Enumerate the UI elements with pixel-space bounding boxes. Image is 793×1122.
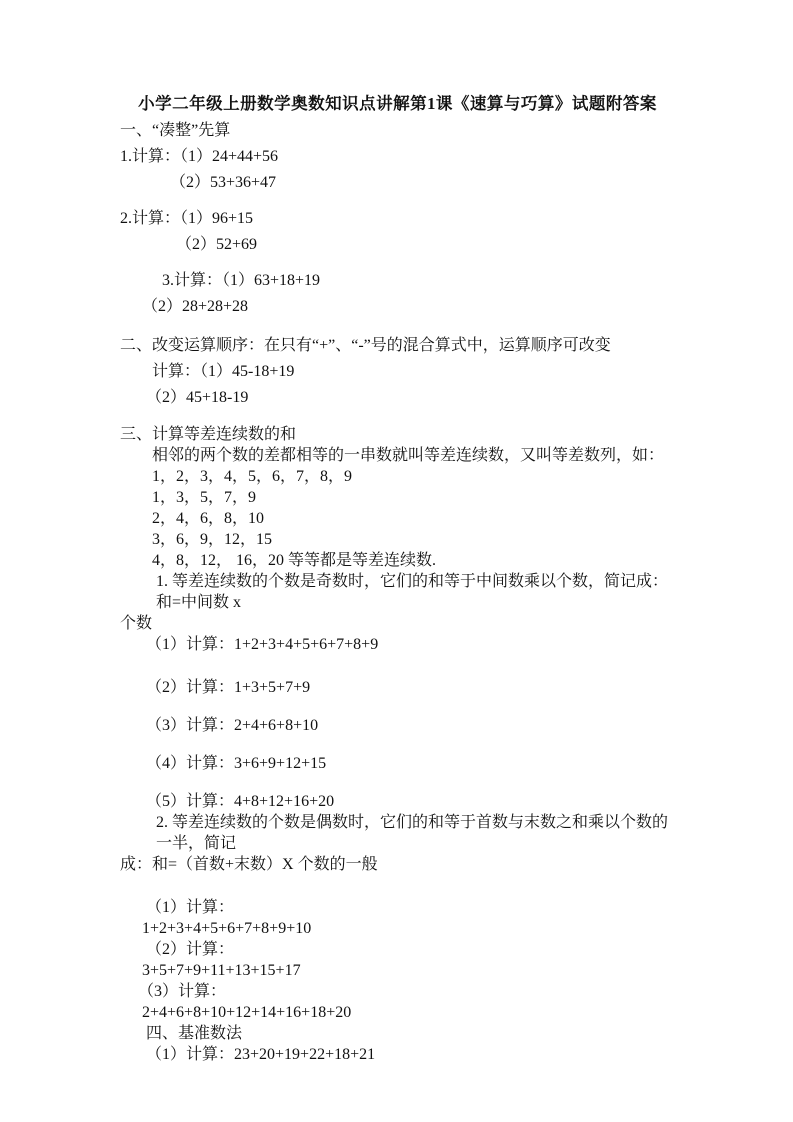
- doc-blank-line: [120, 196, 675, 206]
- doc-blank-line: [120, 258, 675, 268]
- doc-blank-line: [120, 698, 675, 715]
- page-title: 小学二年级上册数学奥数知识点讲解第1课《速算与巧算》试题附答案: [120, 90, 675, 118]
- doc-blank-line: [120, 411, 675, 424]
- doc-line: 1，2，3，4，5，6，7，8，9: [120, 466, 675, 487]
- doc-line: （1）计算：23+20+19+22+18+21: [120, 1044, 675, 1065]
- doc-line: 相邻的两个数的差都相等的一串数就叫等差连续数，又叫等差数列，如：: [120, 445, 675, 466]
- doc-line: （2）45+18-19: [120, 385, 675, 411]
- doc-line: （2）52+69: [120, 232, 675, 258]
- doc-line: （2）计算：: [120, 939, 675, 960]
- doc-line: （2）28+28+28: [120, 294, 675, 320]
- doc-line: 一、“凑整”先算: [120, 118, 675, 144]
- doc-line: 3.计算：（1）63+18+19: [120, 268, 675, 294]
- doc-line: （1）计算：1+2+3+4+5+6+7+8+9: [120, 634, 675, 655]
- doc-line: 四、基准数法: [120, 1023, 675, 1044]
- doc-line: 3，6，9，12，15: [120, 529, 675, 550]
- doc-line: （4）计算：3+6+9+12+15: [120, 753, 675, 774]
- doc-line: （5）计算：4+8+12+16+20: [120, 791, 675, 812]
- doc-blank-line: [120, 875, 675, 897]
- doc-line: 3+5+7+9+11+13+15+17: [120, 960, 675, 981]
- document-body: 一、“凑整”先算1.计算：（1）24+44+56（2）53+36+472.计算：…: [120, 118, 675, 1065]
- doc-line: 1+2+3+4+5+6+7+8+9+10: [120, 918, 675, 939]
- doc-line: 二、改变运算顺序：在只有“+”、“-”号的混合算式中，运算顺序可改变: [120, 333, 675, 359]
- doc-blank-line: [120, 774, 675, 791]
- doc-blank-line: [120, 320, 675, 333]
- doc-line: 1. 等差连续数的个数是奇数时，它们的和等于中间数乘以个数，简记成：和=中间数 …: [120, 571, 675, 613]
- document-page: 小学二年级上册数学奥数知识点讲解第1课《速算与巧算》试题附答案 一、“凑整”先算…: [0, 0, 793, 1122]
- doc-line: 三、计算等差连续数的和: [120, 424, 675, 445]
- doc-line: （3）计算：: [120, 981, 675, 1002]
- doc-line: （2）53+36+47: [120, 170, 675, 196]
- doc-blank-line: [120, 736, 675, 753]
- doc-line: 2，4，6，8，10: [120, 508, 675, 529]
- doc-line: 计算：（1）45-18+19: [120, 359, 675, 385]
- doc-line: 2+4+6+8+10+12+14+16+18+20: [120, 1002, 675, 1023]
- doc-line: 4，8，12， 16，20 等等都是等差连续数.: [120, 550, 675, 571]
- doc-line: 2.计算：（1）96+15: [120, 206, 675, 232]
- doc-line: （1）计算：: [120, 897, 675, 918]
- doc-line: 1.计算：（1）24+44+56: [120, 144, 675, 170]
- doc-line: 1，3，5，7，9: [120, 487, 675, 508]
- doc-line: 个数: [120, 613, 675, 634]
- doc-line: （2）计算：1+3+5+7+9: [120, 677, 675, 698]
- doc-line: （3）计算：2+4+6+8+10: [120, 715, 675, 736]
- doc-line: 2. 等差连续数的个数是偶数时，它们的和等于首数与末数之和乘以个数的一半，简记: [120, 812, 675, 854]
- doc-blank-line: [120, 655, 675, 677]
- doc-line: 成：和=（首数+末数）X 个数的一般: [120, 854, 675, 875]
